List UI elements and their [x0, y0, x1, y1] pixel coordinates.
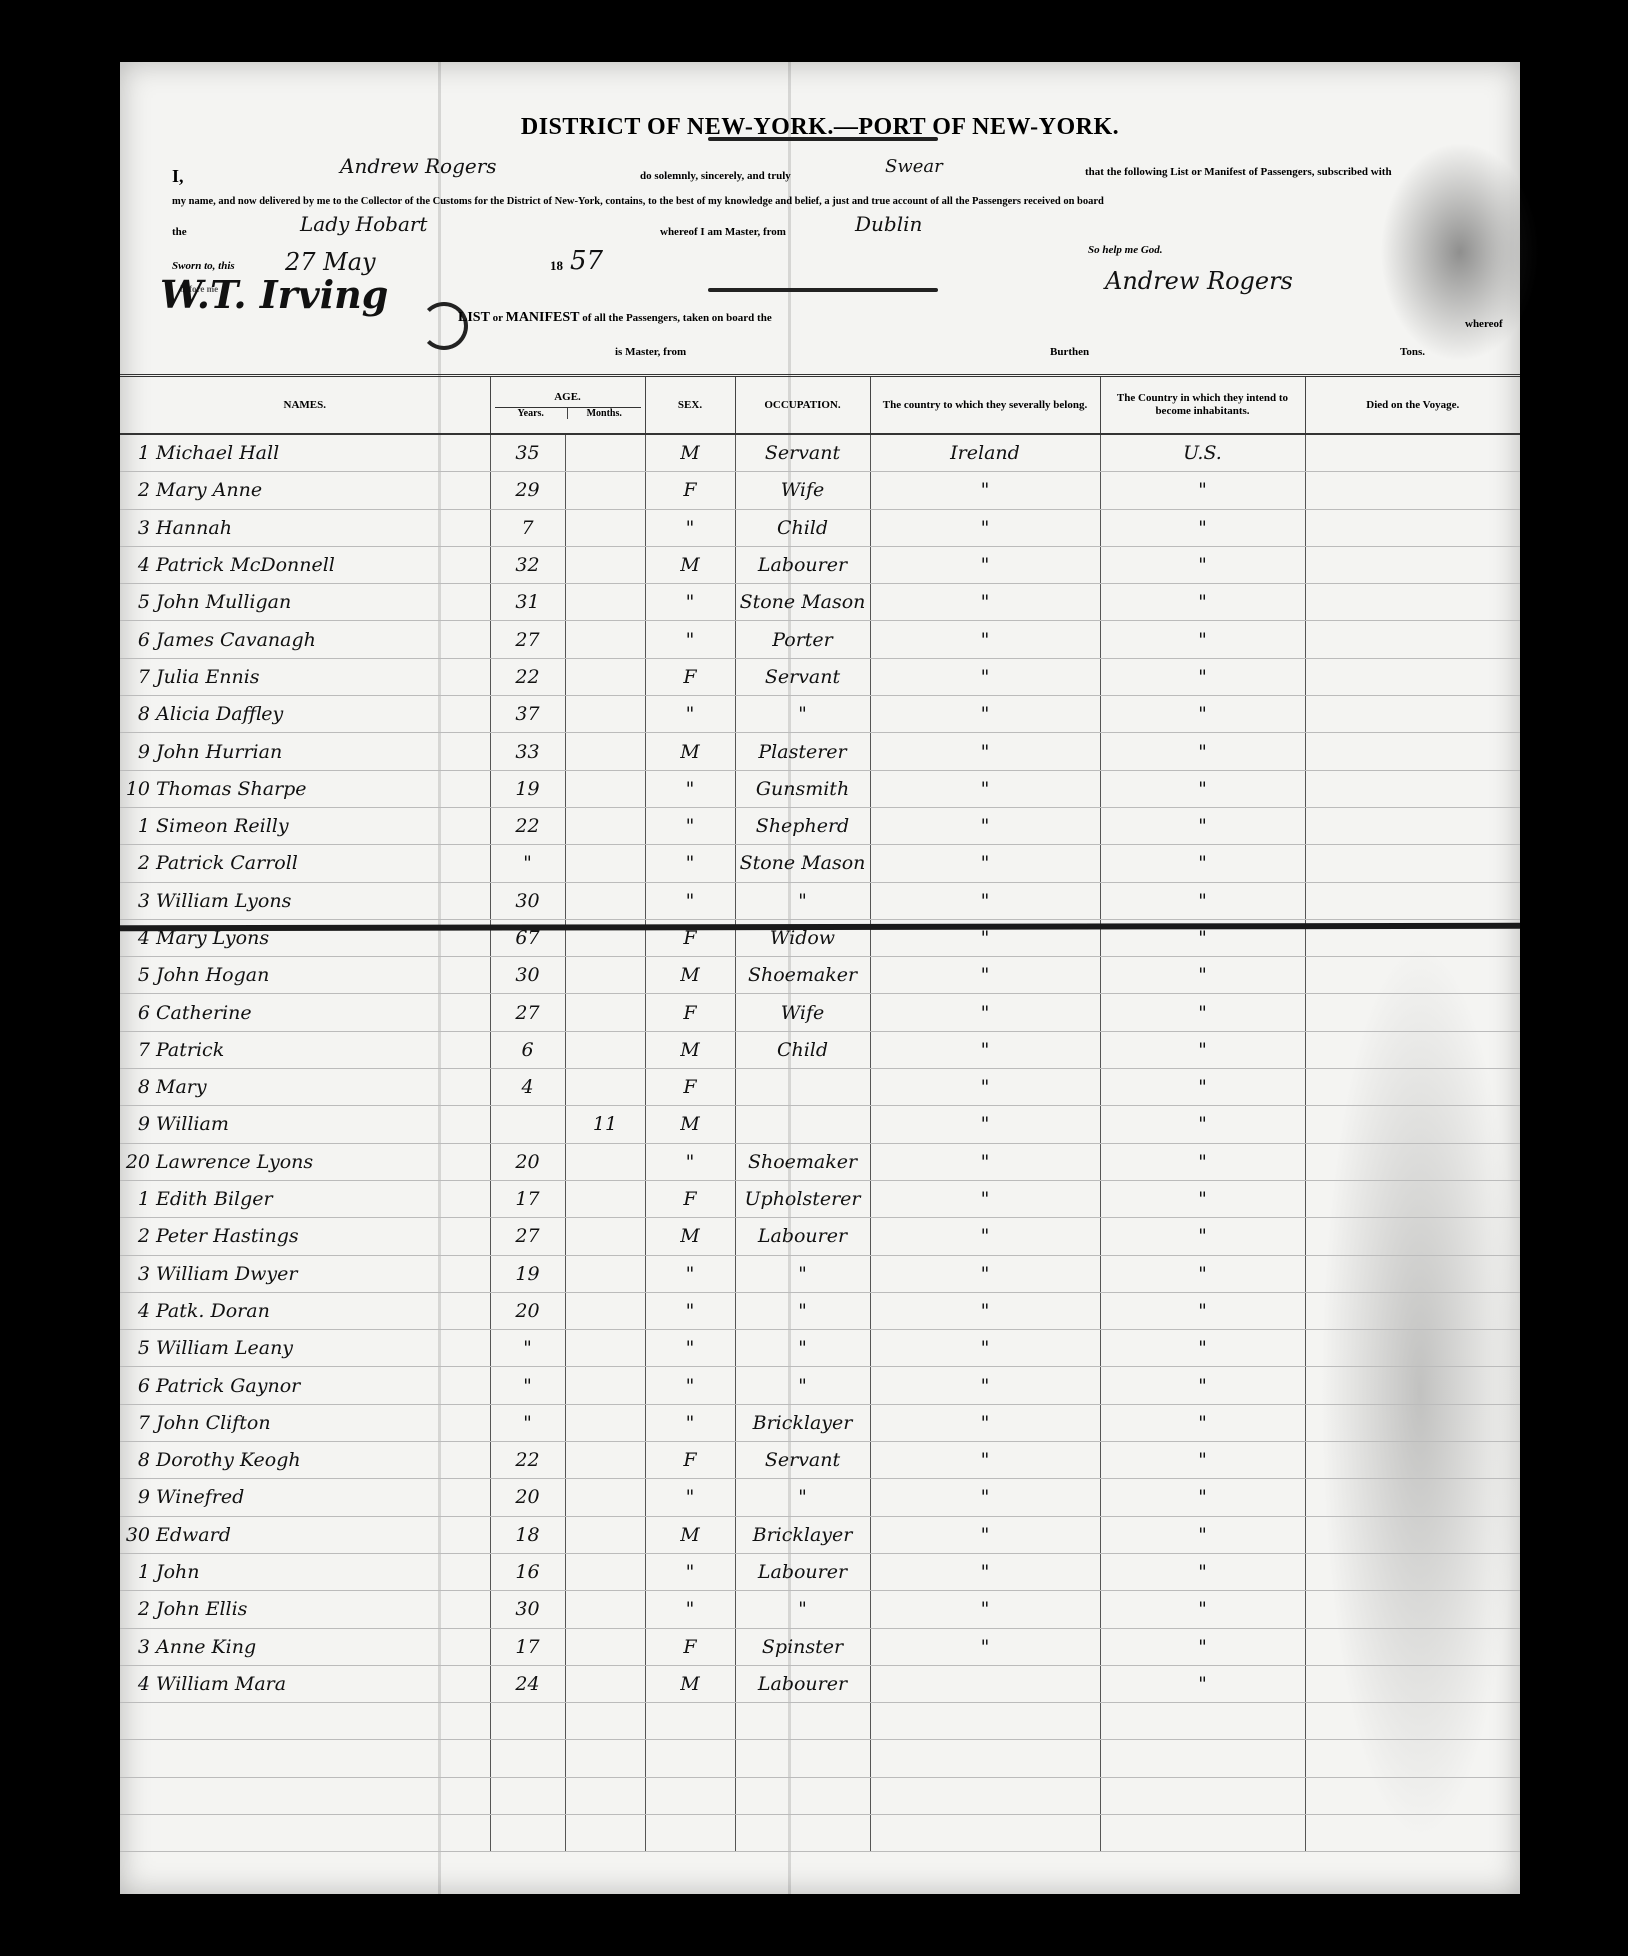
so-help-text: So help me God.: [1088, 244, 1163, 256]
passenger-name: William Lyons: [156, 890, 291, 912]
sex-cell: ": [645, 807, 735, 844]
sex-cell: M: [645, 1665, 735, 1702]
table-row: 8Mary4F"": [120, 1069, 1520, 1106]
years-cell: 27: [490, 1218, 565, 1255]
passenger-name: John Mulligan: [156, 591, 291, 613]
months-cell: [565, 882, 645, 919]
months-cell: [565, 1292, 645, 1329]
died-cell: [1305, 1665, 1520, 1702]
months-cell: 11: [565, 1106, 645, 1143]
row-number: 8: [124, 1449, 150, 1471]
months-cell: [565, 807, 645, 844]
passenger-name: Simeon Reilly: [156, 815, 289, 837]
died-cell: [1305, 882, 1520, 919]
passenger-name: Hannah: [156, 517, 232, 539]
sex-cell: M: [645, 434, 735, 472]
country-belong-cell: ": [870, 546, 1100, 583]
name-cell: 4William Mara: [120, 1665, 490, 1702]
header-died: Died on the Voyage.: [1305, 376, 1520, 435]
row-number: 7: [124, 666, 150, 688]
country-intend-cell: ": [1100, 1628, 1305, 1665]
name-cell: 1John: [120, 1553, 490, 1590]
decorative-rule: [708, 288, 938, 292]
died-cell: [1305, 1069, 1520, 1106]
passenger-name: William Leany: [156, 1337, 293, 1359]
occupation-cell: Plasterer: [735, 733, 870, 770]
table-row: 3William Dwyer19"""": [120, 1255, 1520, 1292]
port-from: Dublin: [855, 212, 922, 236]
name-cell: 6Patrick Gaynor: [120, 1367, 490, 1404]
country-intend-cell: ": [1100, 994, 1305, 1031]
died-cell: [1305, 1591, 1520, 1628]
months-cell: [565, 1814, 645, 1851]
sex-cell: F: [645, 994, 735, 1031]
passenger-name: John Ellis: [156, 1598, 247, 1620]
table-row: 9Winefred20"""": [120, 1479, 1520, 1516]
country-intend-cell: ": [1100, 658, 1305, 695]
name-cell: 7Julia Ennis: [120, 658, 490, 695]
header-country-intend: The Country in which they intend to beco…: [1100, 376, 1305, 435]
passenger-name: Mary Anne: [156, 479, 262, 501]
country-intend-cell: ": [1100, 509, 1305, 546]
occupation-cell: [735, 1814, 870, 1851]
country-belong-cell: Ireland: [870, 434, 1100, 472]
died-cell: [1305, 1479, 1520, 1516]
died-cell: [1305, 621, 1520, 658]
country-belong-cell: ": [870, 696, 1100, 733]
occupation-cell: Servant: [735, 658, 870, 695]
table-row: 7Julia Ennis22FServant"": [120, 658, 1520, 695]
row-number: 9: [124, 1486, 150, 1508]
country-intend-cell: ": [1100, 472, 1305, 509]
died-cell: [1305, 845, 1520, 882]
name-cell: 6Catherine: [120, 994, 490, 1031]
sex-cell: ": [645, 845, 735, 882]
passenger-name: William Dwyer: [156, 1263, 297, 1285]
occupation-cell: Spinster: [735, 1628, 870, 1665]
country-belong-cell: ": [870, 845, 1100, 882]
sex-cell: M: [645, 1516, 735, 1553]
country-intend-cell: ": [1100, 1069, 1305, 1106]
sex-cell: ": [645, 621, 735, 658]
years-cell: 4: [490, 1069, 565, 1106]
died-cell: [1305, 1330, 1520, 1367]
row-number: 8: [124, 703, 150, 725]
sex-cell: ": [645, 882, 735, 919]
months-cell: [565, 1143, 645, 1180]
died-cell: [1305, 1516, 1520, 1553]
died-cell: [1305, 1553, 1520, 1590]
country-intend-cell: ": [1100, 1255, 1305, 1292]
row-number: 7: [124, 1039, 150, 1061]
passenger-name: William: [156, 1113, 229, 1135]
country-belong-cell: ": [870, 994, 1100, 1031]
occupation-cell: Bricklayer: [735, 1404, 870, 1441]
years-cell: 22: [490, 807, 565, 844]
table-row: 3William Lyons30"""": [120, 882, 1520, 919]
header-names: NAMES.: [120, 376, 490, 435]
row-number: 7: [124, 1412, 150, 1434]
row-number: 2: [124, 1225, 150, 1247]
table-row: 1Simeon Reilly22"Shepherd"": [120, 807, 1520, 844]
sex-cell: [645, 1814, 735, 1851]
table-row: 2Peter Hastings27MLabourer"": [120, 1218, 1520, 1255]
row-number: 20: [124, 1151, 150, 1173]
occupation-cell: Wife: [735, 994, 870, 1031]
months-cell: [565, 845, 645, 882]
occupation-cell: [735, 1777, 870, 1814]
country-belong-cell: ": [870, 1404, 1100, 1441]
sex-cell: M: [645, 1031, 735, 1068]
years-cell: ": [490, 1330, 565, 1367]
years-cell: 6: [490, 1031, 565, 1068]
sex-cell: [645, 1777, 735, 1814]
name-cell: 5John Hogan: [120, 957, 490, 994]
passenger-name: Edith Bilger: [156, 1188, 273, 1210]
passenger-name: Edward: [156, 1524, 231, 1546]
table-row: 30Edward18MBricklayer"": [120, 1516, 1520, 1553]
table-row: 2Patrick Carroll""Stone Mason"": [120, 845, 1520, 882]
passenger-name: William Mara: [156, 1673, 286, 1695]
months-cell: [565, 1703, 645, 1740]
died-cell: [1305, 1106, 1520, 1143]
table-row: 5John Mulligan31"Stone Mason"": [120, 584, 1520, 621]
occupation-cell: Shoemaker: [735, 1143, 870, 1180]
years-cell: 20: [490, 1479, 565, 1516]
months-cell: [565, 1777, 645, 1814]
sex-cell: F: [645, 1180, 735, 1217]
burthen-label: Burthen: [1050, 346, 1089, 358]
years-cell: 17: [490, 1180, 565, 1217]
country-intend-cell: ": [1100, 696, 1305, 733]
country-belong-cell: [870, 1740, 1100, 1777]
occupation-cell: Labourer: [735, 1665, 870, 1702]
row-number: 1: [124, 815, 150, 837]
passenger-name: Thomas Sharpe: [156, 778, 307, 800]
country-belong-cell: ": [870, 1628, 1100, 1665]
country-intend-cell: ": [1100, 546, 1305, 583]
whereof-label: whereof: [1465, 318, 1503, 330]
row-number: 3: [124, 1263, 150, 1285]
name-cell: 4Patk. Doran: [120, 1292, 490, 1329]
name-cell: 6James Cavanagh: [120, 621, 490, 658]
country-belong-cell: ": [870, 733, 1100, 770]
official-signature: W.T. Irving: [160, 272, 388, 317]
country-belong-cell: ": [870, 882, 1100, 919]
years-cell: [490, 1106, 565, 1143]
sex-cell: M: [645, 1218, 735, 1255]
row-number: 10: [124, 778, 150, 800]
died-cell: [1305, 546, 1520, 583]
occupation-cell: ": [735, 1479, 870, 1516]
row-number: 3: [124, 1636, 150, 1658]
died-cell: [1305, 1814, 1520, 1851]
name-cell: 3William Lyons: [120, 882, 490, 919]
months-cell: [565, 770, 645, 807]
occupation-cell: Labourer: [735, 1218, 870, 1255]
row-number: 1: [124, 1561, 150, 1583]
header-occupation: OCCUPATION.: [735, 376, 870, 435]
months-cell: [565, 1218, 645, 1255]
months-cell: [565, 1628, 645, 1665]
table-row: 20Lawrence Lyons20"Shoemaker"": [120, 1143, 1520, 1180]
died-cell: [1305, 1031, 1520, 1068]
passenger-name: Peter Hastings: [156, 1225, 299, 1247]
name-cell: 30Edward: [120, 1516, 490, 1553]
years-cell: 30: [490, 882, 565, 919]
months-cell: [565, 546, 645, 583]
years-cell: ": [490, 1404, 565, 1441]
table-row: [120, 1777, 1520, 1814]
years-cell: [490, 1814, 565, 1851]
months-cell: [565, 957, 645, 994]
months-cell: [565, 584, 645, 621]
table-row: 5William Leany""""": [120, 1330, 1520, 1367]
country-belong-cell: ": [870, 807, 1100, 844]
country-intend-cell: ": [1100, 1479, 1305, 1516]
sex-cell: ": [645, 1591, 735, 1628]
died-cell: [1305, 696, 1520, 733]
died-cell: [1305, 658, 1520, 695]
months-cell: [565, 621, 645, 658]
name-cell: 9William: [120, 1106, 490, 1143]
years-cell: 20: [490, 1143, 565, 1180]
country-belong-cell: ": [870, 1516, 1100, 1553]
table-row: 2John Ellis30"""": [120, 1591, 1520, 1628]
months-cell: [565, 472, 645, 509]
table-row: 4William Mara24MLabourer": [120, 1665, 1520, 1702]
country-intend-cell: ": [1100, 1591, 1305, 1628]
sex-cell: ": [645, 1404, 735, 1441]
occupation-cell: [735, 1703, 870, 1740]
passenger-name: Julia Ennis: [156, 666, 260, 688]
months-cell: [565, 509, 645, 546]
sex-cell: ": [645, 1367, 735, 1404]
occupation-cell: ": [735, 1367, 870, 1404]
passenger-name: James Cavanagh: [156, 629, 316, 651]
occupation-cell: Servant: [735, 434, 870, 472]
occupation-cell: Servant: [735, 1442, 870, 1479]
country-intend-cell: ": [1100, 845, 1305, 882]
years-cell: 20: [490, 1292, 565, 1329]
occupation-cell: Upholsterer: [735, 1180, 870, 1217]
country-belong-cell: ": [870, 1591, 1100, 1628]
table-row: 4Patrick McDonnell32MLabourer"": [120, 546, 1520, 583]
passenger-name: Patrick McDonnell: [156, 554, 335, 576]
died-cell: [1305, 1740, 1520, 1777]
occupation-cell: Stone Mason: [735, 584, 870, 621]
name-cell: [120, 1740, 490, 1777]
country-intend-cell: ": [1100, 770, 1305, 807]
country-intend-cell: ": [1100, 1180, 1305, 1217]
occupation-cell: Bricklayer: [735, 1516, 870, 1553]
row-number: 4: [124, 1300, 150, 1322]
sworn-label: Sworn to, this: [172, 260, 235, 272]
occupation-cell: ": [735, 882, 870, 919]
sex-cell: ": [645, 1330, 735, 1367]
months-cell: [565, 1330, 645, 1367]
country-intend-cell: ": [1100, 1516, 1305, 1553]
passenger-name: John Hogan: [156, 964, 269, 986]
ship-name: Lady Hobart: [300, 212, 427, 236]
table-row: 3Anne King17FSpinster"": [120, 1628, 1520, 1665]
died-cell: [1305, 1404, 1520, 1441]
occupation-cell: Child: [735, 1031, 870, 1068]
row-number: 9: [124, 1113, 150, 1135]
country-intend-cell: [1100, 1777, 1305, 1814]
died-cell: [1305, 1628, 1520, 1665]
country-intend-cell: ": [1100, 1404, 1305, 1441]
name-cell: 1Edith Bilger: [120, 1180, 490, 1217]
country-belong-cell: ": [870, 1442, 1100, 1479]
sex-cell: M: [645, 957, 735, 994]
occupation-cell: Shepherd: [735, 807, 870, 844]
country-belong-cell: ": [870, 1106, 1100, 1143]
country-belong-cell: [870, 1777, 1100, 1814]
passenger-name: Alicia Daffley: [156, 703, 283, 725]
name-cell: 9John Hurrian: [120, 733, 490, 770]
died-cell: [1305, 994, 1520, 1031]
name-cell: 10Thomas Sharpe: [120, 770, 490, 807]
table-row: 3Hannah7"Child"": [120, 509, 1520, 546]
country-belong-cell: [870, 1665, 1100, 1702]
died-cell: [1305, 434, 1520, 472]
years-cell: 16: [490, 1553, 565, 1590]
passenger-name: Catherine: [156, 1002, 252, 1024]
country-belong-cell: ": [870, 1292, 1100, 1329]
passenger-table: NAMES. AGE. Years. Months. SEX. OCCUPATI…: [120, 374, 1520, 1852]
years-cell: 27: [490, 994, 565, 1031]
passenger-rows: 1Michael Hall35MServantIrelandU.S.2Mary …: [120, 434, 1520, 1852]
passenger-name: Patrick Carroll: [156, 852, 298, 874]
occupation-cell: Shoemaker: [735, 957, 870, 994]
passenger-name: Patrick: [156, 1039, 224, 1061]
row-number: 1: [124, 442, 150, 464]
country-belong-cell: ": [870, 1367, 1100, 1404]
name-cell: 3Hannah: [120, 509, 490, 546]
table-row: 7John Clifton""Bricklayer"": [120, 1404, 1520, 1441]
row-number: 5: [124, 1337, 150, 1359]
passenger-name: Patrick Gaynor: [156, 1375, 300, 1397]
years-cell: 33: [490, 733, 565, 770]
table-row: 9John Hurrian33MPlasterer"": [120, 733, 1520, 770]
passenger-name: Patk. Doran: [156, 1300, 270, 1322]
country-belong-cell: ": [870, 1479, 1100, 1516]
months-cell: [565, 1591, 645, 1628]
country-intend-cell: ": [1100, 1218, 1305, 1255]
country-intend-cell: ": [1100, 1143, 1305, 1180]
name-cell: [120, 1703, 490, 1740]
country-belong-cell: ": [870, 1143, 1100, 1180]
name-cell: 8Mary: [120, 1069, 490, 1106]
years-cell: 22: [490, 658, 565, 695]
name-cell: [120, 1814, 490, 1851]
months-cell: [565, 1069, 645, 1106]
table-row: [120, 1703, 1520, 1740]
died-cell: [1305, 1143, 1520, 1180]
sex-cell: ": [645, 770, 735, 807]
name-cell: 3Anne King: [120, 1628, 490, 1665]
country-intend-cell: ": [1100, 1553, 1305, 1590]
country-intend-cell: ": [1100, 1031, 1305, 1068]
sex-cell: ": [645, 1143, 735, 1180]
years-cell: [490, 1740, 565, 1777]
died-cell: [1305, 957, 1520, 994]
year-suffix: 57: [570, 246, 603, 276]
table-row: 5John Hogan30MShoemaker"": [120, 957, 1520, 994]
country-intend-cell: [1100, 1740, 1305, 1777]
country-intend-cell: [1100, 1814, 1305, 1851]
sex-cell: M: [645, 733, 735, 770]
country-belong-cell: ": [870, 957, 1100, 994]
died-cell: [1305, 584, 1520, 621]
header-country-belong: The country to which they severally belo…: [870, 376, 1100, 435]
months-cell: [565, 1367, 645, 1404]
table-row: 9William11M"": [120, 1106, 1520, 1143]
passenger-name: John: [156, 1561, 200, 1583]
name-cell: 1Michael Hall: [120, 434, 490, 472]
name-cell: 5William Leany: [120, 1330, 490, 1367]
master-signature: Andrew Rogers: [1105, 267, 1293, 295]
row-number: 4: [124, 1673, 150, 1695]
sex-cell: ": [645, 1553, 735, 1590]
sex-cell: ": [645, 696, 735, 733]
died-cell: [1305, 472, 1520, 509]
sex-cell: ": [645, 1255, 735, 1292]
died-cell: [1305, 1442, 1520, 1479]
sex-cell: F: [645, 1442, 735, 1479]
years-cell: ": [490, 1367, 565, 1404]
name-cell: 7Patrick: [120, 1031, 490, 1068]
occupation-cell: [735, 1069, 870, 1106]
months-cell: [565, 1180, 645, 1217]
table-row: [120, 1740, 1520, 1777]
sex-cell: F: [645, 1069, 735, 1106]
months-cell: [565, 994, 645, 1031]
passenger-name: John Hurrian: [156, 741, 282, 763]
sex-cell: ": [645, 584, 735, 621]
row-number: 2: [124, 479, 150, 501]
sex-cell: M: [645, 546, 735, 583]
name-cell: 2Peter Hastings: [120, 1218, 490, 1255]
table-row: 10Thomas Sharpe19"Gunsmith"": [120, 770, 1520, 807]
table-row: [120, 1814, 1520, 1851]
years-cell: 22: [490, 1442, 565, 1479]
list-heading: LIST or MANIFEST of all the Passengers, …: [458, 310, 772, 326]
table-row: 8Dorothy Keogh22FServant"": [120, 1442, 1520, 1479]
months-cell: [565, 1740, 645, 1777]
occupation-cell: [735, 1740, 870, 1777]
name-cell: 2Patrick Carroll: [120, 845, 490, 882]
row-number: 5: [124, 964, 150, 986]
row-number: 4: [124, 554, 150, 576]
country-belong-cell: ": [870, 584, 1100, 621]
country-intend-cell: ": [1100, 1330, 1305, 1367]
master-name: Andrew Rogers: [340, 154, 497, 178]
passenger-name: Winefred: [156, 1486, 244, 1508]
years-cell: 18: [490, 1516, 565, 1553]
died-cell: [1305, 770, 1520, 807]
occupation-cell: Stone Mason: [735, 845, 870, 882]
name-cell: 7John Clifton: [120, 1404, 490, 1441]
row-number: 6: [124, 629, 150, 651]
manifest-text: that the following List or Manifest of P…: [1085, 166, 1392, 178]
row-number: 2: [124, 852, 150, 874]
months-cell: [565, 696, 645, 733]
name-cell: 8Dorothy Keogh: [120, 1442, 490, 1479]
header-age: AGE. Years. Months.: [490, 376, 645, 435]
years-cell: 19: [490, 1255, 565, 1292]
